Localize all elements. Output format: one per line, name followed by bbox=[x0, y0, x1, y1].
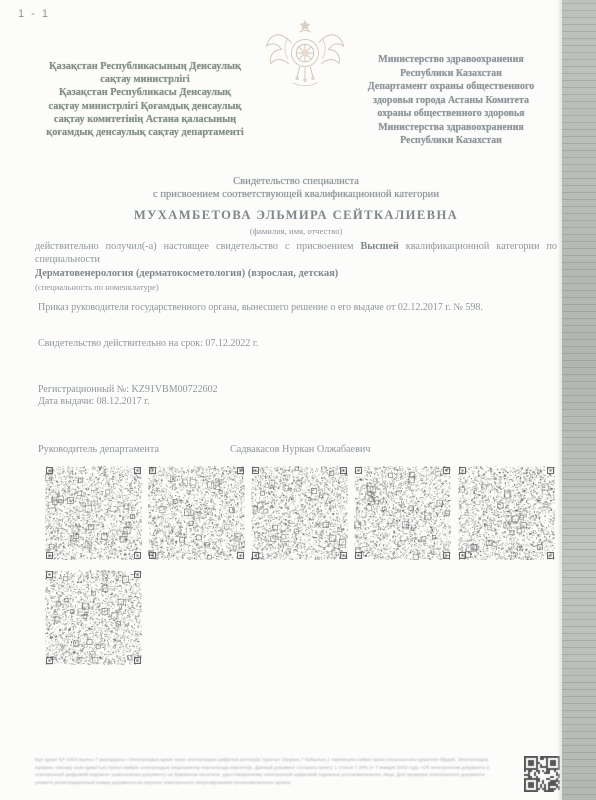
fine-print-line: укажите регистрационный номер документа … bbox=[35, 780, 513, 788]
scan-edge-strip bbox=[562, 0, 596, 800]
header-line: сақтау министрлігі bbox=[28, 73, 262, 86]
holder-name: МУХАМБЕТОВА ЭЛЬМИРА СЕЙТКАЛИЕВНА bbox=[35, 208, 557, 223]
header-line: сақтау комитетінің Астана қаласының bbox=[28, 113, 262, 126]
header-line: Республики Казахстан bbox=[344, 67, 558, 81]
digital-signature-stamp bbox=[45, 570, 142, 665]
header-line: қоғамдық денсаулық сақтау департаменті bbox=[28, 126, 262, 139]
scan-page-marker: 1 - 1 bbox=[18, 8, 50, 20]
holder-name-caption: (фамилия, имя, отчество) bbox=[35, 226, 557, 236]
digital-signature-stamp bbox=[45, 466, 142, 560]
header-line: Министерство здравоохранения bbox=[344, 53, 558, 67]
header-line: здоровья города Астаны Комитета bbox=[344, 94, 558, 108]
header-line: охраны общественного здоровья bbox=[344, 107, 558, 121]
statement-text: действительно получил(-а) настоящее свид… bbox=[35, 241, 353, 252]
fine-print-line: нұсқаны тексеру үшін құжаттың тіркеу нөм… bbox=[35, 765, 513, 773]
signature-title: Руководитель департамента bbox=[38, 444, 159, 455]
specialty-name: Дерматовенерология (дерматокосметология)… bbox=[35, 268, 557, 279]
verification-qr-code bbox=[524, 756, 560, 792]
header-ministry-russian: Министерство здравоохранения Республики … bbox=[344, 53, 558, 148]
issue-date-value: 08.12.2017 г. bbox=[97, 396, 150, 407]
header-line: Қазақстан Республикасы Денсаулық bbox=[28, 86, 262, 99]
scanned-certificate-page: 1 - 1 Қазақстан Республикасының Денсаулы… bbox=[0, 0, 596, 800]
issue-date-label: Дата выдачи: bbox=[38, 396, 94, 407]
qualification-category: Высшей bbox=[360, 241, 398, 252]
digital-signature-stamp bbox=[458, 466, 555, 560]
certificate-statement: действительно получил(-а) настоящее свид… bbox=[35, 240, 557, 266]
fine-print-line: Бұл құжат ҚР 2003 жылғы 7 қаңтардағы «Эл… bbox=[35, 757, 513, 765]
signature-row: Руководитель департамента Садвакасов Нур… bbox=[38, 444, 558, 455]
header-ministry-kazakh: Қазақстан Республикасының Денсаулық сақт… bbox=[28, 60, 262, 139]
digital-signature-stamp bbox=[354, 466, 451, 560]
digital-signature-stamp bbox=[251, 466, 348, 560]
header-line: Республики Казахстан bbox=[344, 134, 558, 148]
digital-signature-stamp bbox=[148, 466, 245, 560]
fine-print-line: электронной цифровой подписи» равнозначе… bbox=[35, 772, 513, 780]
document-subtitle: с присвоением соответствующей квалификац… bbox=[35, 189, 557, 200]
header-line: Министерства здравоохранения bbox=[344, 121, 558, 135]
signatory-name: Садвакасов Нуркан Олжабаевич bbox=[230, 444, 370, 455]
header-line: Департамент охраны общественного bbox=[344, 80, 558, 94]
registration-number-line: Регистрационный №: KZ91VBM00722602 bbox=[38, 384, 218, 395]
kazakhstan-coat-of-arms-icon bbox=[261, 18, 349, 88]
registration-number: KZ91VBM00722602 bbox=[132, 384, 218, 395]
document-title: Свидетельство специалиста bbox=[35, 176, 557, 187]
issue-date-line: Дата выдачи: 08.12.2017 г. bbox=[38, 396, 150, 407]
legal-fine-print: Бұл құжат ҚР 2003 жылғы 7 қаңтардағы «Эл… bbox=[35, 757, 513, 787]
validity-line: Свидетельство действительно на срок: 07.… bbox=[38, 338, 258, 349]
header-line: Қазақстан Республикасының Денсаулық bbox=[28, 60, 262, 73]
registration-label: Регистрационный №: bbox=[38, 384, 129, 395]
header-line: сақтау министрлігі Қоғамдық денсаулық bbox=[28, 100, 262, 113]
specialty-caption: (специальность по номенклатуре) bbox=[35, 282, 159, 292]
order-line: Приказ руководителя государственного орг… bbox=[38, 302, 558, 313]
